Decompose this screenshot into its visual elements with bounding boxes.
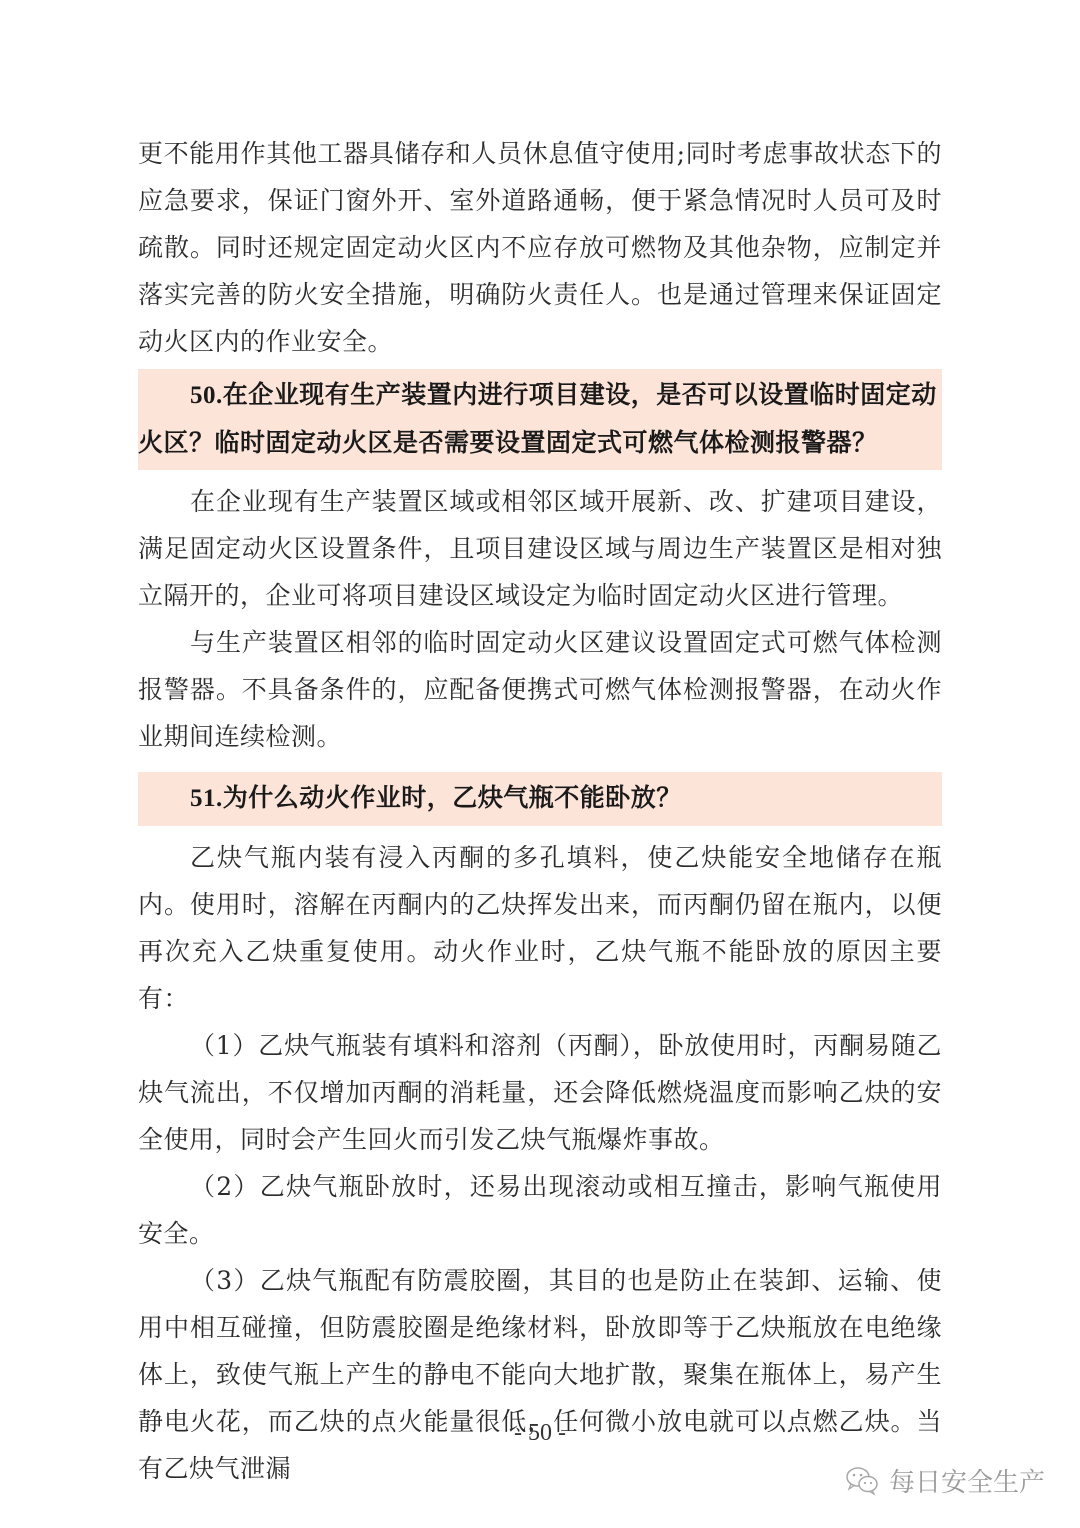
question-number: 51.: [190, 785, 223, 812]
page-number: - 50 -: [0, 1420, 1080, 1447]
paragraph-continued: 更不能用作其他工器具储存和人员休息值守使用;同时考虑事故状态下的应急要求，保证门…: [138, 130, 942, 365]
reason-item-3: （3）乙炔气瓶配有防震胶圈，其目的也是防止在装卸、运输、使用中相互碰撞，但防震胶…: [138, 1257, 942, 1492]
reason-item-1: （1）乙炔气瓶装有填料和溶剂（丙酮），卧放使用时，丙酮易随乙炔气流出，不仅增加丙…: [138, 1022, 942, 1163]
answer-paragraph: 在企业现有生产装置区域或相邻区域开展新、改、扩建项目建设，满足固定动火区设置条件…: [138, 478, 942, 619]
question-heading-51: 51.为什么动火作业时，乙炔气瓶不能卧放？: [138, 772, 942, 826]
question-text: 在企业现有生产装置内进行项目建设，是否可以设置临时固定动火区？临时固定动火区是否…: [138, 380, 937, 457]
watermark-text: 每日安全生产: [889, 1462, 1045, 1499]
question-text: 为什么动火作业时，乙炔气瓶不能卧放？: [223, 783, 682, 812]
watermark: 每日安全生产: [845, 1462, 1045, 1499]
wechat-icon: [845, 1466, 881, 1496]
answer-paragraph: 乙炔气瓶内装有浸入丙酮的多孔填料，使乙炔能安全地储存在瓶内。使用时，溶解在丙酮内…: [138, 834, 942, 1022]
document-page: 更不能用作其他工器具储存和人员休息值守使用;同时考虑事故状态下的应急要求，保证门…: [138, 130, 942, 1492]
question-heading-50: 50.在企业现有生产装置内进行项目建设，是否可以设置临时固定动火区？临时固定动火…: [138, 369, 942, 470]
question-number: 50.: [190, 382, 223, 409]
reason-item-2: （2）乙炔气瓶卧放时，还易出现滚动或相互撞击，影响气瓶使用安全。: [138, 1163, 942, 1257]
answer-paragraph: 与生产装置区相邻的临时固定动火区建议设置固定式可燃气体检测报警器。不具备条件的，…: [138, 619, 942, 760]
